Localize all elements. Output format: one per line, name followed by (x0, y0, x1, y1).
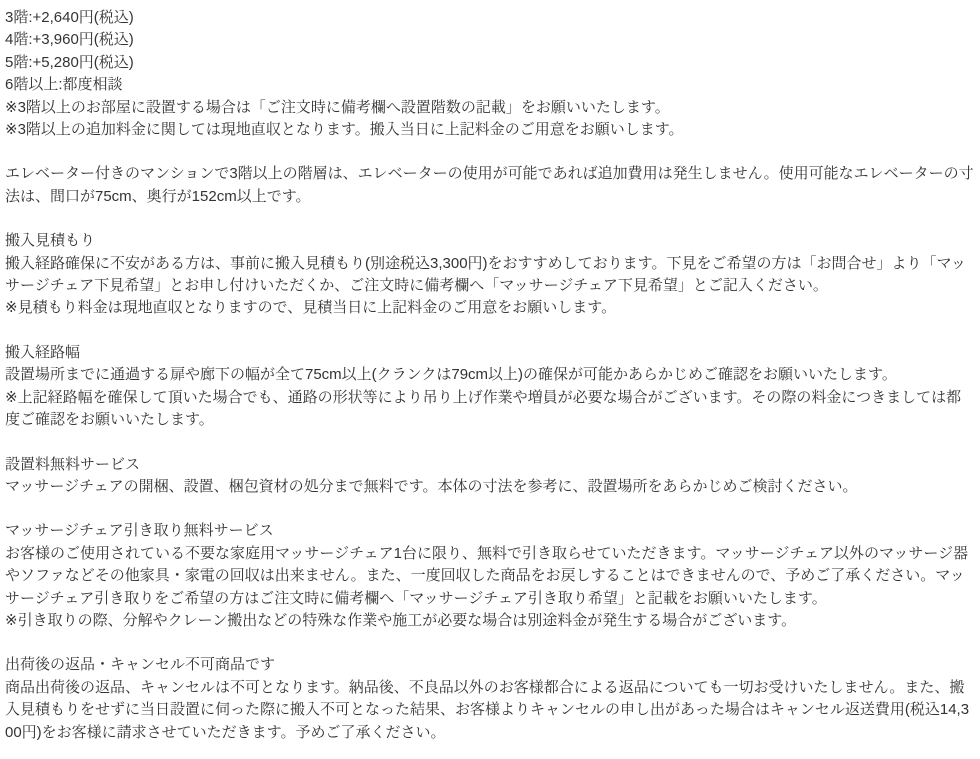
floor-charge-line-6f-plus: 6階以上:都度相談 (5, 74, 974, 96)
free-installation-body: マッサージチェアの開梱、設置、梱包資材の処分まで無料です。本体の寸法を参考に、設… (5, 476, 974, 498)
route-width-title: 搬入経路幅 (5, 342, 974, 364)
floor-charge-note-onsite-payment: ※3階以上の追加料金に関しては現地直収となります。搬入当日に上記料金のご用意をお… (5, 119, 974, 141)
floor-charge-line-3f: 3階:+2,640円(税込) (5, 7, 974, 29)
section-free-pickup: マッサージチェア引き取り無料サービス お客様のご使用されている不要な家庭用マッサ… (5, 520, 974, 632)
section-floor-charges: 3階:+2,640円(税込) 4階:+3,960円(税込) 5階:+5,280円… (5, 7, 974, 141)
section-free-installation: 設置料無料サービス マッサージチェアの開梱、設置、梱包資材の処分まで無料です。本… (5, 454, 974, 499)
floor-charge-line-5f: 5階:+5,280円(税込) (5, 52, 974, 74)
route-width-note: ※上記経路幅を確保して頂いた場合でも、通路の形状等により吊り上げ作業や増員が必要… (5, 387, 974, 432)
section-delivery-estimate: 搬入見積もり 搬入経路確保に不安がある方は、事前に搬入見積もり(別途税込3,30… (5, 230, 974, 320)
floor-charge-note-remarks: ※3階以上のお部屋に設置する場合は「ご注文時に備考欄へ設置階数の記載」をお願いい… (5, 97, 974, 119)
free-pickup-title: マッサージチェア引き取り無料サービス (5, 520, 974, 542)
section-no-return: 出荷後の返品・キャンセル不可商品です 商品出荷後の返品、キャンセルは不可となりま… (5, 654, 974, 744)
section-elevator: エレベーター付きのマンションで3階以上の階層は、エレベーターの使用が可能であれば… (5, 163, 974, 208)
floor-charge-line-4f: 4階:+3,960円(税込) (5, 29, 974, 51)
free-pickup-body: お客様のご使用されている不要な家庭用マッサージチェア1台に限り、無料で引き取らせ… (5, 543, 974, 610)
section-route-width: 搬入経路幅 設置場所までに通過する扉や廊下の幅が全て75cm以上(クランクは79… (5, 342, 974, 432)
route-width-body: 設置場所までに通過する扉や廊下の幅が全て75cm以上(クランクは79cm以上)の… (5, 364, 974, 386)
no-return-title: 出荷後の返品・キャンセル不可商品です (5, 654, 974, 676)
delivery-estimate-title: 搬入見積もり (5, 230, 974, 252)
no-return-body: 商品出荷後の返品、キャンセルは不可となります。納品後、不良品以外のお客様都合によ… (5, 677, 974, 744)
free-installation-title: 設置料無料サービス (5, 454, 974, 476)
delivery-estimate-body: 搬入経路確保に不安がある方は、事前に搬入見積もり(別途税込3,300円)をおすす… (5, 253, 974, 298)
shipping-terms-document: 3階:+2,640円(税込) 4階:+3,960円(税込) 5階:+5,280円… (0, 0, 980, 744)
free-pickup-note: ※引き取りの際、分解やクレーン搬出などの特殊な作業や施工が必要な場合は別途料金が… (5, 610, 974, 632)
elevator-paragraph: エレベーター付きのマンションで3階以上の階層は、エレベーターの使用が可能であれば… (5, 163, 974, 208)
delivery-estimate-note: ※見積もり料金は現地直収となりますので、見積当日に上記料金のご用意をお願いします… (5, 297, 974, 319)
